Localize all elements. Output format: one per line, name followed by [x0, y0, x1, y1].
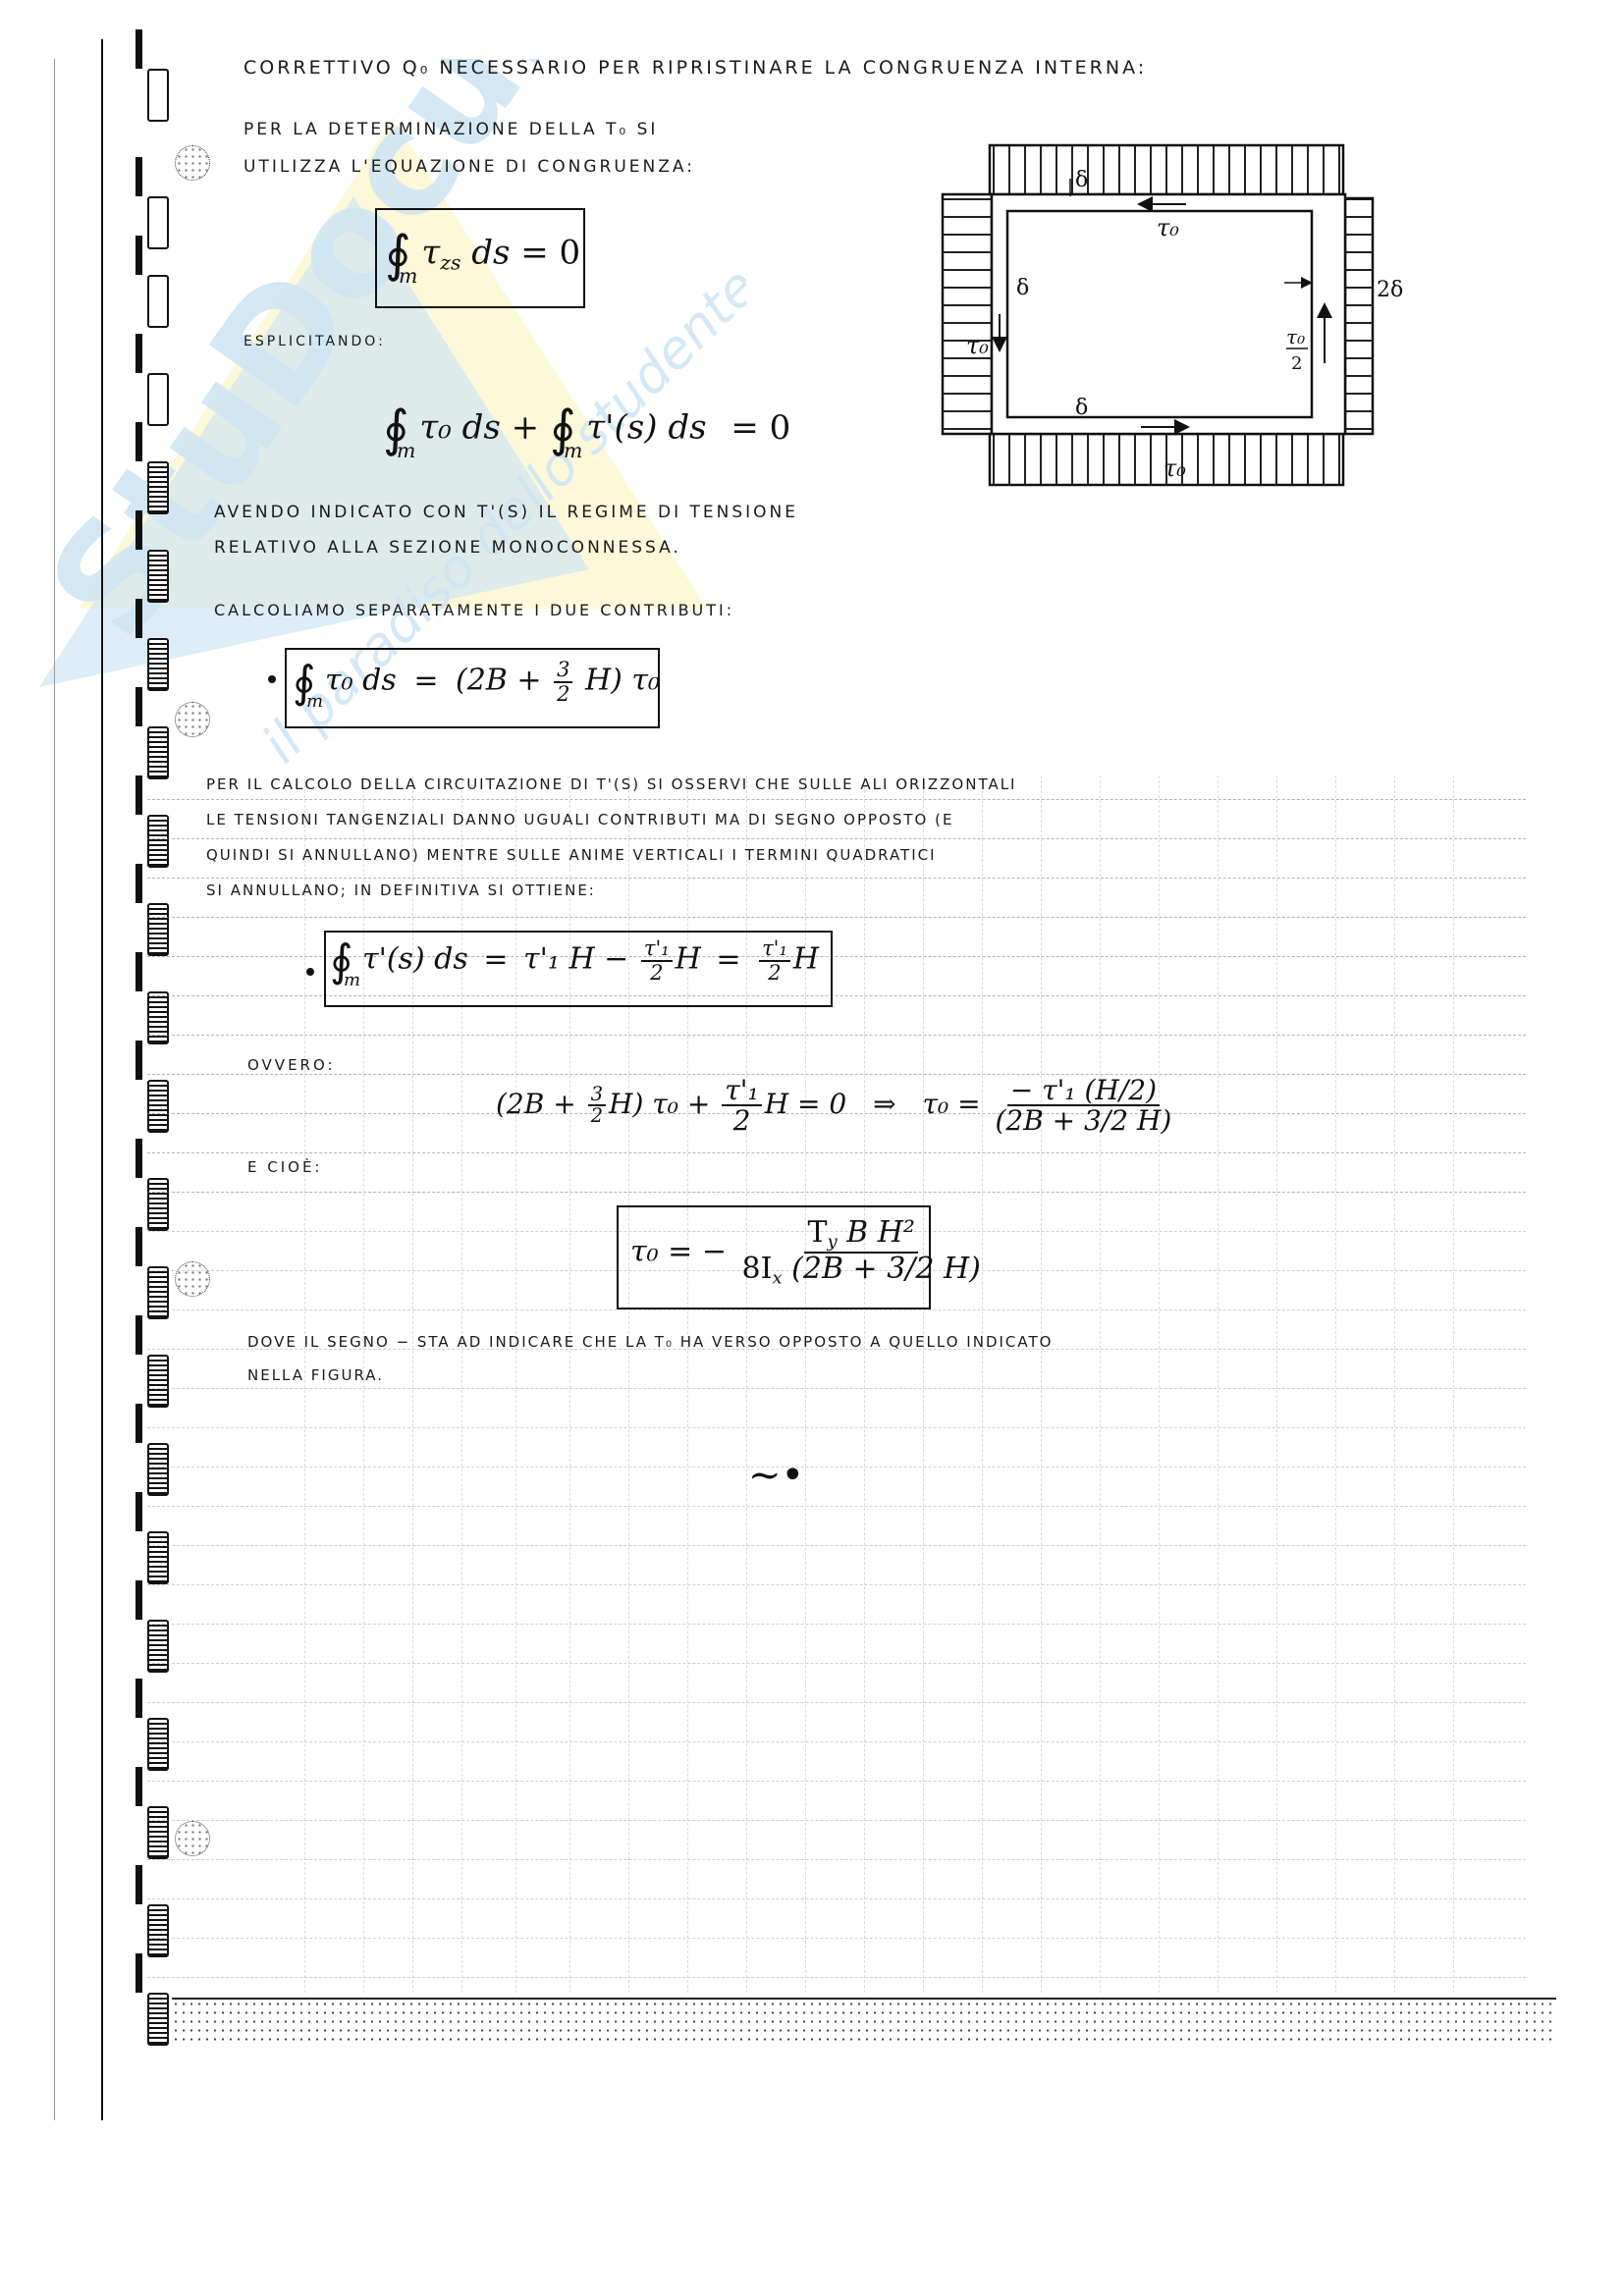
punch-hole	[175, 702, 210, 737]
contour-integral-icon: ∮m	[385, 226, 411, 284]
equation-contrib2: ∮m τ'(s) ds = τ'₁ H − τ'₁2H = τ'₁2H	[330, 934, 819, 987]
binder-tab	[135, 1139, 142, 1178]
svg-text:2δ: 2δ	[1377, 278, 1403, 302]
punch-hole	[175, 1261, 210, 1297]
binder-ring	[147, 275, 169, 328]
box-section-figure: δ τ₀ δ τ₀ δ τ₀ τ₀ 2 2δ	[923, 137, 1434, 501]
ruled-column	[1218, 775, 1218, 1993]
contour-integral-icon: ∮m	[293, 656, 315, 708]
ruled-column	[1159, 775, 1160, 1993]
binder-ring	[147, 196, 169, 249]
ruled-column	[1041, 775, 1042, 1993]
closing-line-1: dove il segno − sta ad indicare che la τ…	[247, 1333, 1053, 1351]
ruled-line	[147, 1192, 1526, 1193]
binder-ring	[147, 903, 169, 956]
ruled-column	[864, 775, 865, 1993]
svg-text:τ₀: τ₀	[1286, 325, 1305, 348]
binder-tab	[135, 236, 142, 275]
binder-ring	[147, 1266, 169, 1319]
ruled-line	[147, 1938, 1526, 1939]
ruled-line	[147, 1545, 1526, 1546]
binder-tab	[135, 1315, 142, 1355]
punch-hole	[175, 145, 210, 181]
binder-ring	[147, 1355, 169, 1408]
ovvero-label: ovvero:	[247, 1056, 336, 1074]
binder-tab	[135, 1041, 142, 1080]
cioe-label: e cioè:	[247, 1158, 322, 1176]
binder-ring	[147, 1993, 169, 2046]
binder-tab	[135, 510, 142, 550]
paragraph-line-4: si annullano; in definitiva si ottiene:	[206, 881, 596, 899]
svg-text:τ₀: τ₀	[966, 332, 989, 359]
svg-text:2: 2	[1291, 353, 1302, 374]
closing-line-2: nella figura.	[247, 1366, 384, 1384]
ruled-line	[147, 1741, 1526, 1742]
binder-ring	[147, 69, 169, 122]
binder-ring	[147, 1531, 169, 1584]
margin-rule	[101, 39, 103, 2120]
binder-ring	[147, 1080, 169, 1133]
binder-ring	[147, 991, 169, 1044]
implies-arrow-icon: ⇒	[873, 1088, 895, 1120]
ruled-column	[1100, 775, 1101, 1993]
ruled-line	[147, 1427, 1526, 1428]
ruled-line	[147, 1624, 1526, 1625]
ruled-line	[147, 838, 1526, 839]
ruled-line	[147, 1663, 1526, 1664]
ruled-line	[147, 1309, 1526, 1310]
binder-tab	[135, 775, 142, 815]
note-line-2: relativo alla sezione monoconnessa.	[214, 538, 681, 558]
ruled-column	[1276, 775, 1277, 1993]
ruled-line	[147, 1388, 1526, 1389]
ruled-line	[147, 1152, 1526, 1153]
binder-ring	[147, 815, 169, 868]
binder-ring	[147, 461, 169, 514]
binder-ring	[147, 1620, 169, 1673]
paragraph-line-1: per il calcolo della circuitazione di τ'…	[206, 775, 1017, 793]
ruled-line	[147, 1898, 1526, 1899]
calc-label: calcoliamo separatamente i due contribut…	[214, 601, 734, 619]
margin-rule-outer	[54, 59, 55, 2120]
binder-tab	[135, 599, 142, 638]
ruled-line	[147, 1820, 1526, 1821]
ruled-line	[147, 1074, 1526, 1075]
ruled-column	[304, 775, 305, 1993]
binder-ring	[147, 638, 169, 691]
bullet	[268, 675, 276, 683]
equation-final: τ₀ = − Ty B H² 8Ix (2B + 3/2 H)	[630, 1217, 987, 1289]
contour-integral-icon: ∮m	[550, 400, 576, 458]
binder-tab	[135, 1404, 142, 1443]
binder-tab	[135, 1227, 142, 1266]
ruled-line	[147, 878, 1526, 879]
binder-tab	[135, 1953, 142, 1993]
svg-text:τ₀: τ₀	[1157, 214, 1179, 241]
ruled-column	[1394, 775, 1395, 1993]
ruled-column	[1335, 775, 1336, 1993]
contour-integral-icon: ∮m	[383, 400, 409, 458]
binder-ring	[147, 1178, 169, 1231]
binder-tab	[135, 334, 142, 373]
svg-text:τ₀: τ₀	[1164, 454, 1186, 482]
ruled-line	[147, 1859, 1526, 1860]
ruled-line	[147, 1584, 1526, 1585]
binder-ring	[147, 1806, 169, 1859]
binder-tab	[135, 1492, 142, 1531]
equation-expanded: ∮m τ₀ ds + ∮m τ'(s) ds = 0	[383, 400, 790, 458]
binder-ring	[147, 1443, 169, 1496]
svg-text:StuDocu.net: StuDocu.net	[39, 59, 746, 668]
ruled-column	[923, 775, 924, 1993]
binder-tab	[135, 687, 142, 726]
ruled-line	[147, 1702, 1526, 1703]
heading-text: correttivo q₀ necessario per ripristinar…	[244, 57, 1147, 79]
torn-bottom-edge	[172, 1998, 1556, 2044]
binder-ring	[147, 1904, 169, 1957]
binder-ring	[147, 726, 169, 779]
binder-tab	[135, 422, 142, 461]
binder-ring	[147, 550, 169, 603]
binder-ring	[147, 1718, 169, 1771]
ruled-line	[147, 1977, 1526, 1978]
ruled-line	[147, 1506, 1526, 1507]
ruled-column	[982, 775, 983, 1993]
equation-contrib1: ∮m τ₀ ds = (2B + 32 H) τ₀	[293, 656, 660, 708]
ruled-column	[1453, 775, 1454, 1993]
binder-ring	[147, 373, 169, 426]
binder-tab	[135, 864, 142, 903]
ruled-line	[147, 917, 1526, 918]
binder-tab	[135, 1580, 142, 1620]
binder-tab	[135, 1767, 142, 1806]
binder-tab	[135, 29, 142, 69]
svg-text:δ: δ	[1075, 396, 1088, 420]
paragraph-line-3: quindi si annullano) mentre sulle anime …	[206, 846, 937, 864]
ruled-line	[147, 1781, 1526, 1782]
binder-tab	[135, 952, 142, 991]
svg-text:δ: δ	[1016, 276, 1029, 300]
bullet	[306, 968, 314, 976]
punch-hole	[175, 1821, 210, 1856]
end-flourish: ~•	[748, 1453, 804, 1498]
intro-line-2: utilizza l'equazione di congruenza:	[244, 157, 695, 177]
note-line-1: avendo indicato con τ'(s) il regime di t…	[214, 503, 798, 522]
svg-text:δ: δ	[1075, 168, 1088, 192]
intro-line-1: per la determinazione della τ₀ si	[244, 120, 658, 139]
contour-integral-icon: ∮m	[330, 934, 352, 987]
ruled-line	[147, 1467, 1526, 1468]
paragraph-line-2: le tensioni tangenziali danno uguali con…	[206, 811, 953, 828]
binder-tab	[135, 1679, 142, 1718]
equation-congruence: ∮m τzs ds = 0	[385, 226, 580, 284]
ruled-line	[147, 799, 1526, 800]
explicit-label: esplicitando:	[244, 334, 386, 349]
binder-tab	[135, 1865, 142, 1904]
equation-solve: (2B + 32H) τ₀ + τ'₁2H = 0 ⇒ τ₀ = − τ'₁ (…	[496, 1076, 1177, 1136]
ruled-line	[147, 1035, 1526, 1036]
binder-tab	[135, 157, 142, 196]
